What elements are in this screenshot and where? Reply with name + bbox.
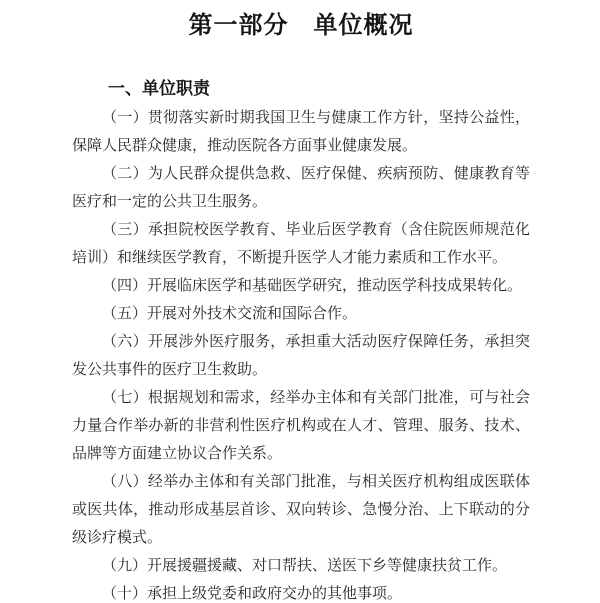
- paragraph: （一）贯彻落实新时期我国卫生与健康工作方针，坚持公益性，保障人民群众健康，推动医…: [72, 104, 530, 160]
- paragraph: （七）根据规划和需求，经举办主体和有关部门批准，可与社会力量合作举办新的非营利性…: [72, 384, 530, 468]
- paragraph: （四）开展临床医学和基础医学研究，推动医学科技成果转化。: [72, 272, 530, 300]
- paragraph: （六）开展涉外医疗服务，承担重大活动医疗保障任务，承担突发公共事件的医疗卫生救助…: [72, 328, 530, 384]
- paragraph: （五）开展对外技术交流和国际合作。: [72, 300, 530, 328]
- paragraph: （八）经举办主体和有关部门批准，与相关医疗机构组成医联体或医共体，推动形成基层首…: [72, 468, 530, 552]
- section-heading: 一、单位职责: [108, 78, 530, 100]
- paragraph: （十）承担上级党委和政府交办的其他事项。: [72, 580, 530, 603]
- paragraph: （九）开展援疆援藏、对口帮扶、送医下乡等健康扶贫工作。: [72, 552, 530, 580]
- paragraph: （三）承担院校医学教育、毕业后医学教育（含住院医师规范化培训）和继续医学教育，不…: [72, 216, 530, 272]
- document-page: 第一部分 单位概况 一、单位职责 （一）贯彻落实新时期我国卫生与健康工作方针，坚…: [0, 0, 600, 603]
- page-title: 第一部分 单位概况: [72, 10, 530, 42]
- paragraph: （二）为人民群众提供急救、医疗保健、疾病预防、健康教育等医疗和一定的公共卫生服务…: [72, 160, 530, 216]
- body-text: （一）贯彻落实新时期我国卫生与健康工作方针，坚持公益性，保障人民群众健康，推动医…: [72, 104, 530, 603]
